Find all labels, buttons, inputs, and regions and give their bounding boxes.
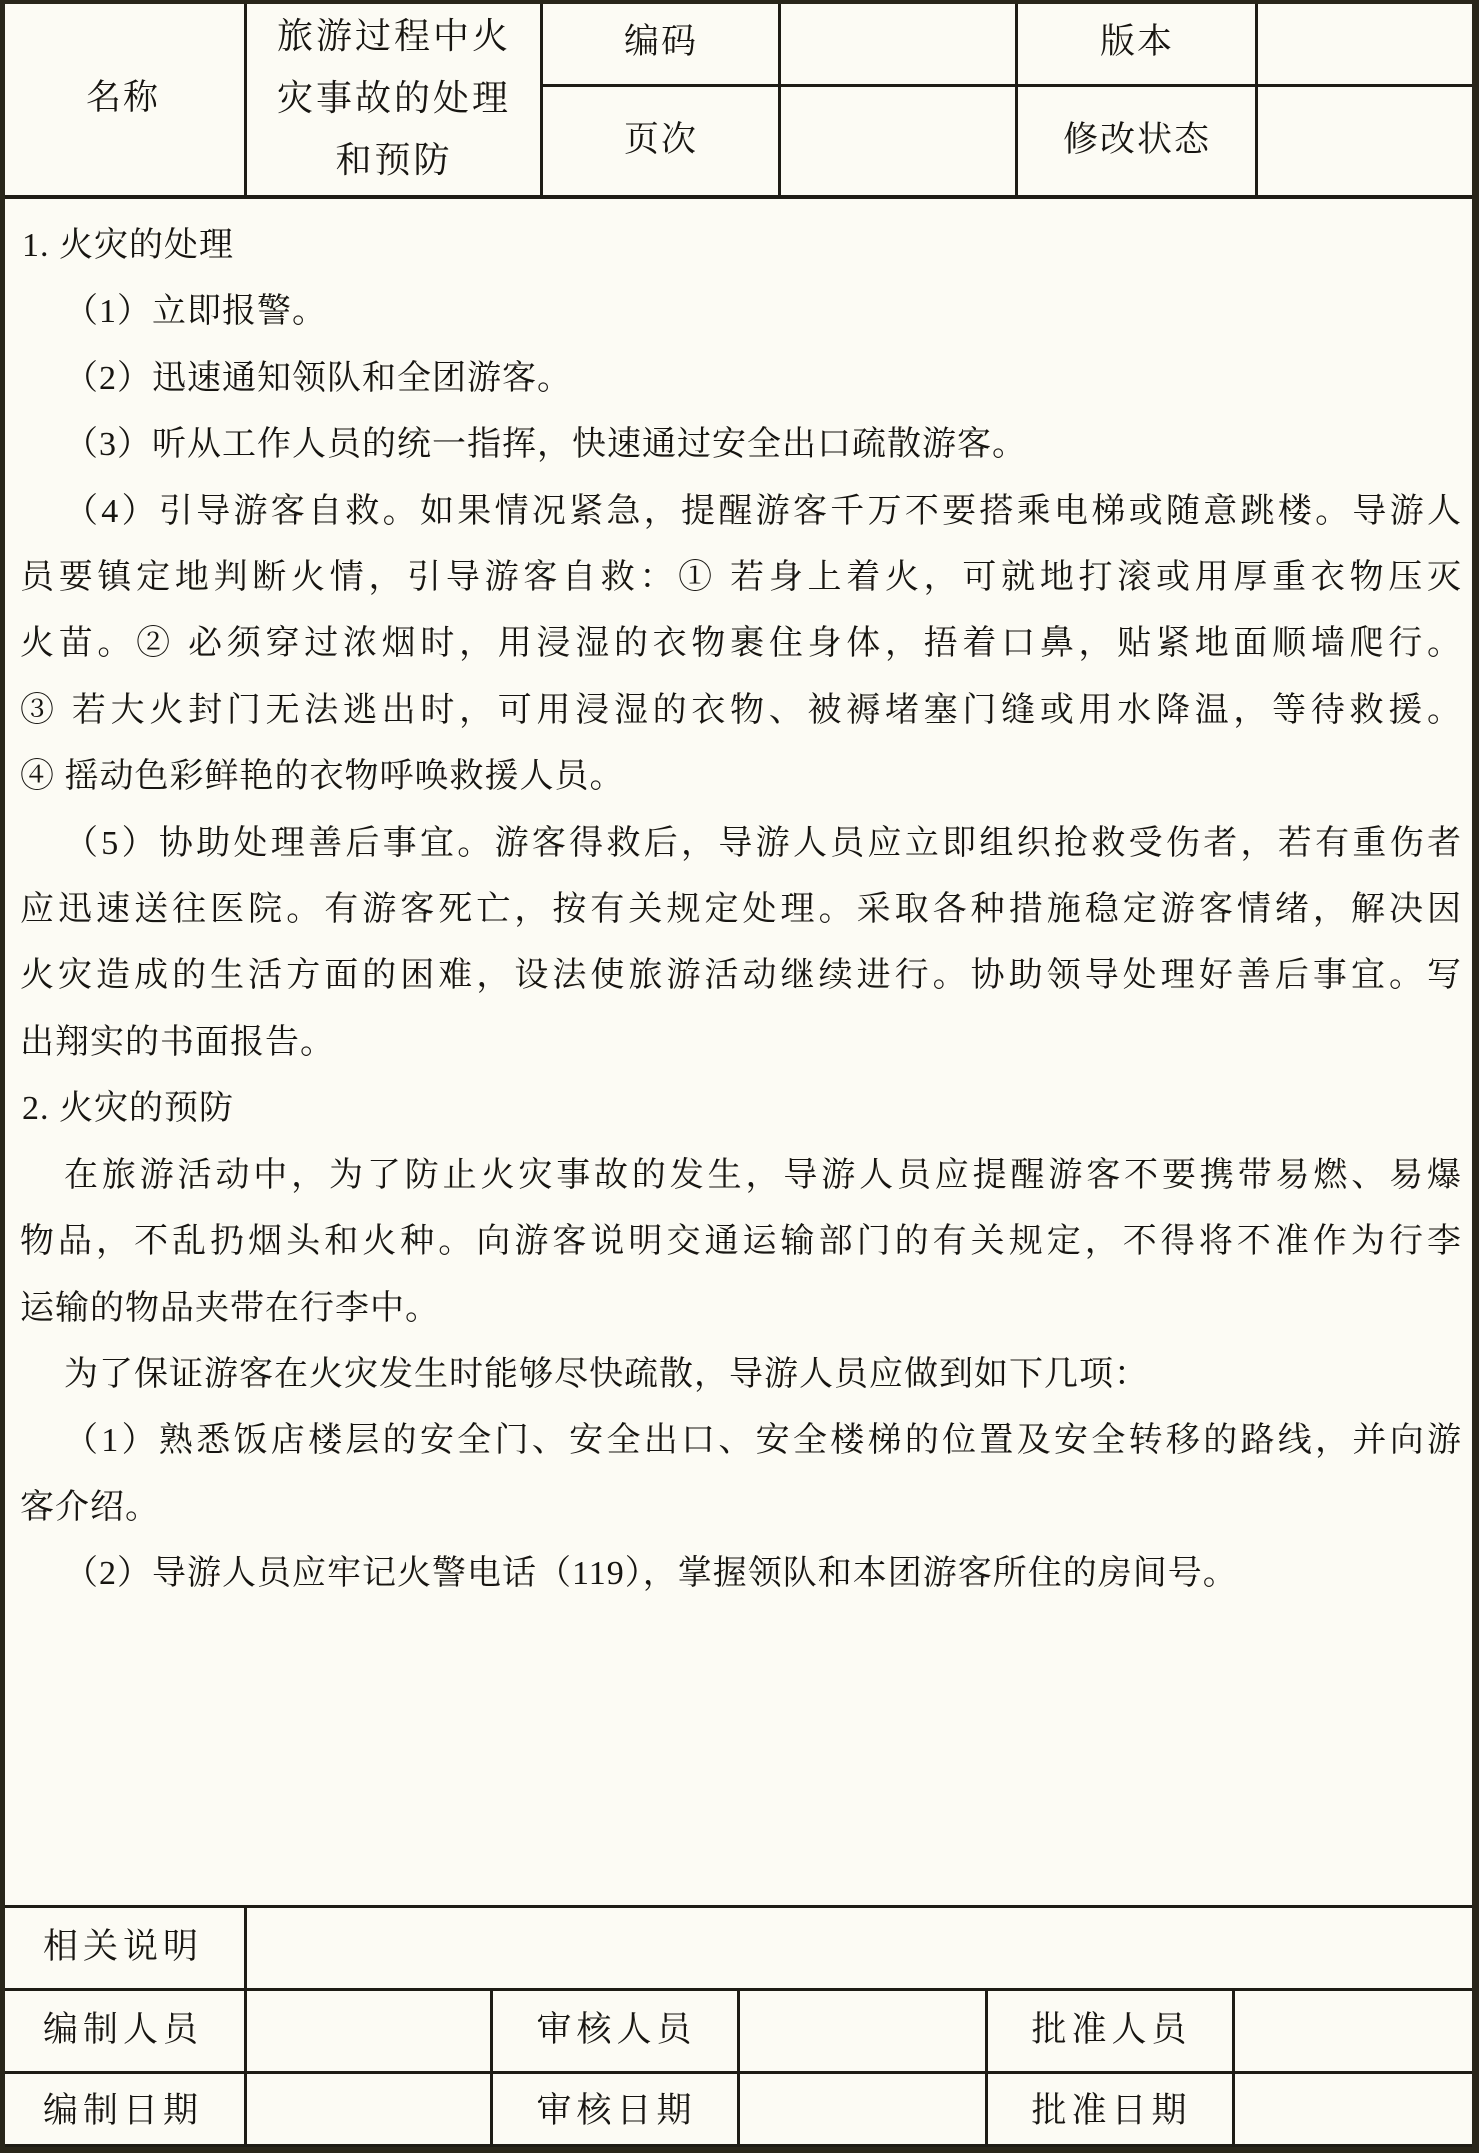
divider-line: [1015, 0, 1018, 198]
body-text-line: 客介绍。: [20, 1475, 1462, 1541]
reviewed-by-label-cell: 审核人员: [493, 1988, 740, 2071]
approval-date-value-cell: [1235, 2071, 1479, 2150]
divider-line: [0, 1905, 1479, 1908]
body-text-line: （2）导游人员应牢记火警电话（119），掌握领队和本团游客所住的房间号。: [64, 1541, 1462, 1607]
scan-edge: [0, 0, 5, 2153]
scan-edge: [0, 2147, 1479, 2153]
version-label-cell: 版本: [1017, 0, 1257, 84]
page-value-cell: [780, 84, 1017, 195]
body-text-line: （2）迅速通知领队和全团游客。: [64, 346, 1462, 412]
scan-edge: [1472, 0, 1479, 2153]
page-label-cell: 页次: [542, 84, 780, 195]
body-text-line: 1. 火灾的处理: [22, 213, 1462, 279]
prepared-by-label-cell: 编制人员: [0, 1988, 246, 2071]
related-notes-label-cell: 相关说明: [0, 1905, 246, 1988]
code-value-cell: [780, 0, 1017, 84]
divider-line: [542, 84, 1479, 87]
approved-by-label-cell: 批准人员: [988, 1988, 1235, 2071]
review-date-value-cell: [740, 2071, 988, 2150]
document-title-cell: 旅游过程中火 灾事故的处理 和预防: [246, 0, 542, 195]
body-text-line: 火苗。② 必须穿过浓烟时，用浸湿的衣物裹住身体，捂着口鼻，贴紧地面顺墙爬行。: [20, 611, 1462, 677]
scan-edge: [0, 0, 1479, 4]
review-date-label-cell: 审核日期: [493, 2071, 740, 2150]
revision-status-value-cell: [1257, 84, 1479, 195]
divider-line: [540, 0, 543, 198]
related-notes-value-cell: [246, 1905, 1479, 1988]
body-text-line: （3）听从工作人员的统一指挥，快速通过安全出口疏散游客。: [64, 412, 1462, 478]
divider-line: [0, 195, 1479, 199]
body-text-line: ④ 摇动色彩鲜艳的衣物呼唤救援人员。: [20, 744, 1462, 810]
body-text-line: 应迅速送往医院。有游客死亡，按有关规定处理。采取各种措施稳定游客情绪，解决因: [20, 877, 1462, 943]
body-text-line: （4）引导游客自救。如果情况紧急，提醒游客千万不要搭乘电梯或随意跳楼。导游人: [64, 479, 1462, 545]
code-label-cell: 编码: [542, 0, 780, 84]
document-body: 1. 火灾的处理（1）立即报警。（2）迅速通知领队和全团游客。（3）听从工作人员…: [0, 199, 1479, 1913]
body-text-line: ③ 若大火封门无法逃出时，可用浸湿的衣物、被褥堵塞门缝或用水降温，等待救援。: [20, 678, 1462, 744]
divider-line: [244, 1905, 247, 2153]
body-text-line: 运输的物品夹带在行李中。: [20, 1276, 1462, 1342]
approval-date-label-cell: 批准日期: [988, 2071, 1235, 2150]
prepared-date-label-cell: 编制日期: [0, 2071, 246, 2150]
body-text-line: 2. 火灾的预防: [22, 1076, 1462, 1142]
divider-line: [1232, 1988, 1235, 2153]
body-text-line: 员要镇定地判断火情，引导游客自救：① 若身上着火，可就地打滚或用厚重衣物压灭: [20, 545, 1462, 611]
divider-line: [737, 1988, 740, 2153]
body-text-line: 火灾造成的生活方面的困难，设法使旅游活动继续进行。协助领导处理好善后事宜。写: [20, 943, 1462, 1009]
revision-status-label-cell: 修改状态: [1017, 84, 1257, 195]
reviewed-by-value-cell: [740, 1988, 988, 2071]
body-text-line: 在旅游活动中，为了防止火灾事故的发生，导游人员应提醒游客不要携带易燃、易爆: [64, 1143, 1462, 1209]
divider-line: [244, 0, 247, 198]
document-title-line: 灾事故的处理: [277, 67, 511, 129]
prepared-by-value-cell: [246, 1988, 493, 2071]
body-text-line: （5）协助处理善后事宜。游客得救后，导游人员应立即组织抢救受伤者，若有重伤者: [64, 811, 1462, 877]
divider-line: [490, 1988, 493, 2153]
body-text-line: （1）熟悉饭店楼层的安全门、安全出口、安全楼梯的位置及安全转移的路线，并向游: [64, 1408, 1462, 1474]
prepared-date-value-cell: [246, 2071, 493, 2150]
version-value-cell: [1257, 0, 1479, 84]
body-text-line: 出翔实的书面报告。: [20, 1010, 1462, 1076]
name-label-cell: 名称: [0, 0, 246, 195]
divider-line: [985, 1988, 988, 2153]
document-title-line: 和预防: [335, 129, 452, 191]
approved-by-value-cell: [1235, 1988, 1479, 2071]
body-text-line: 为了保证游客在火灾发生时能够尽快疏散，导游人员应做到如下几项：: [64, 1342, 1462, 1408]
document-title-line: 旅游过程中火: [277, 5, 511, 67]
body-text-line: 物品，不乱扔烟头和火种。向游客说明交通运输部门的有关规定，不得将不准作为行李: [20, 1209, 1462, 1275]
divider-line: [778, 0, 781, 198]
document-page: 名称 旅游过程中火 灾事故的处理 和预防 编码 版本 页次 修改状态 1. 火灾…: [0, 0, 1479, 2153]
divider-line: [1255, 0, 1258, 198]
body-text-line: （1）立即报警。: [64, 279, 1462, 345]
